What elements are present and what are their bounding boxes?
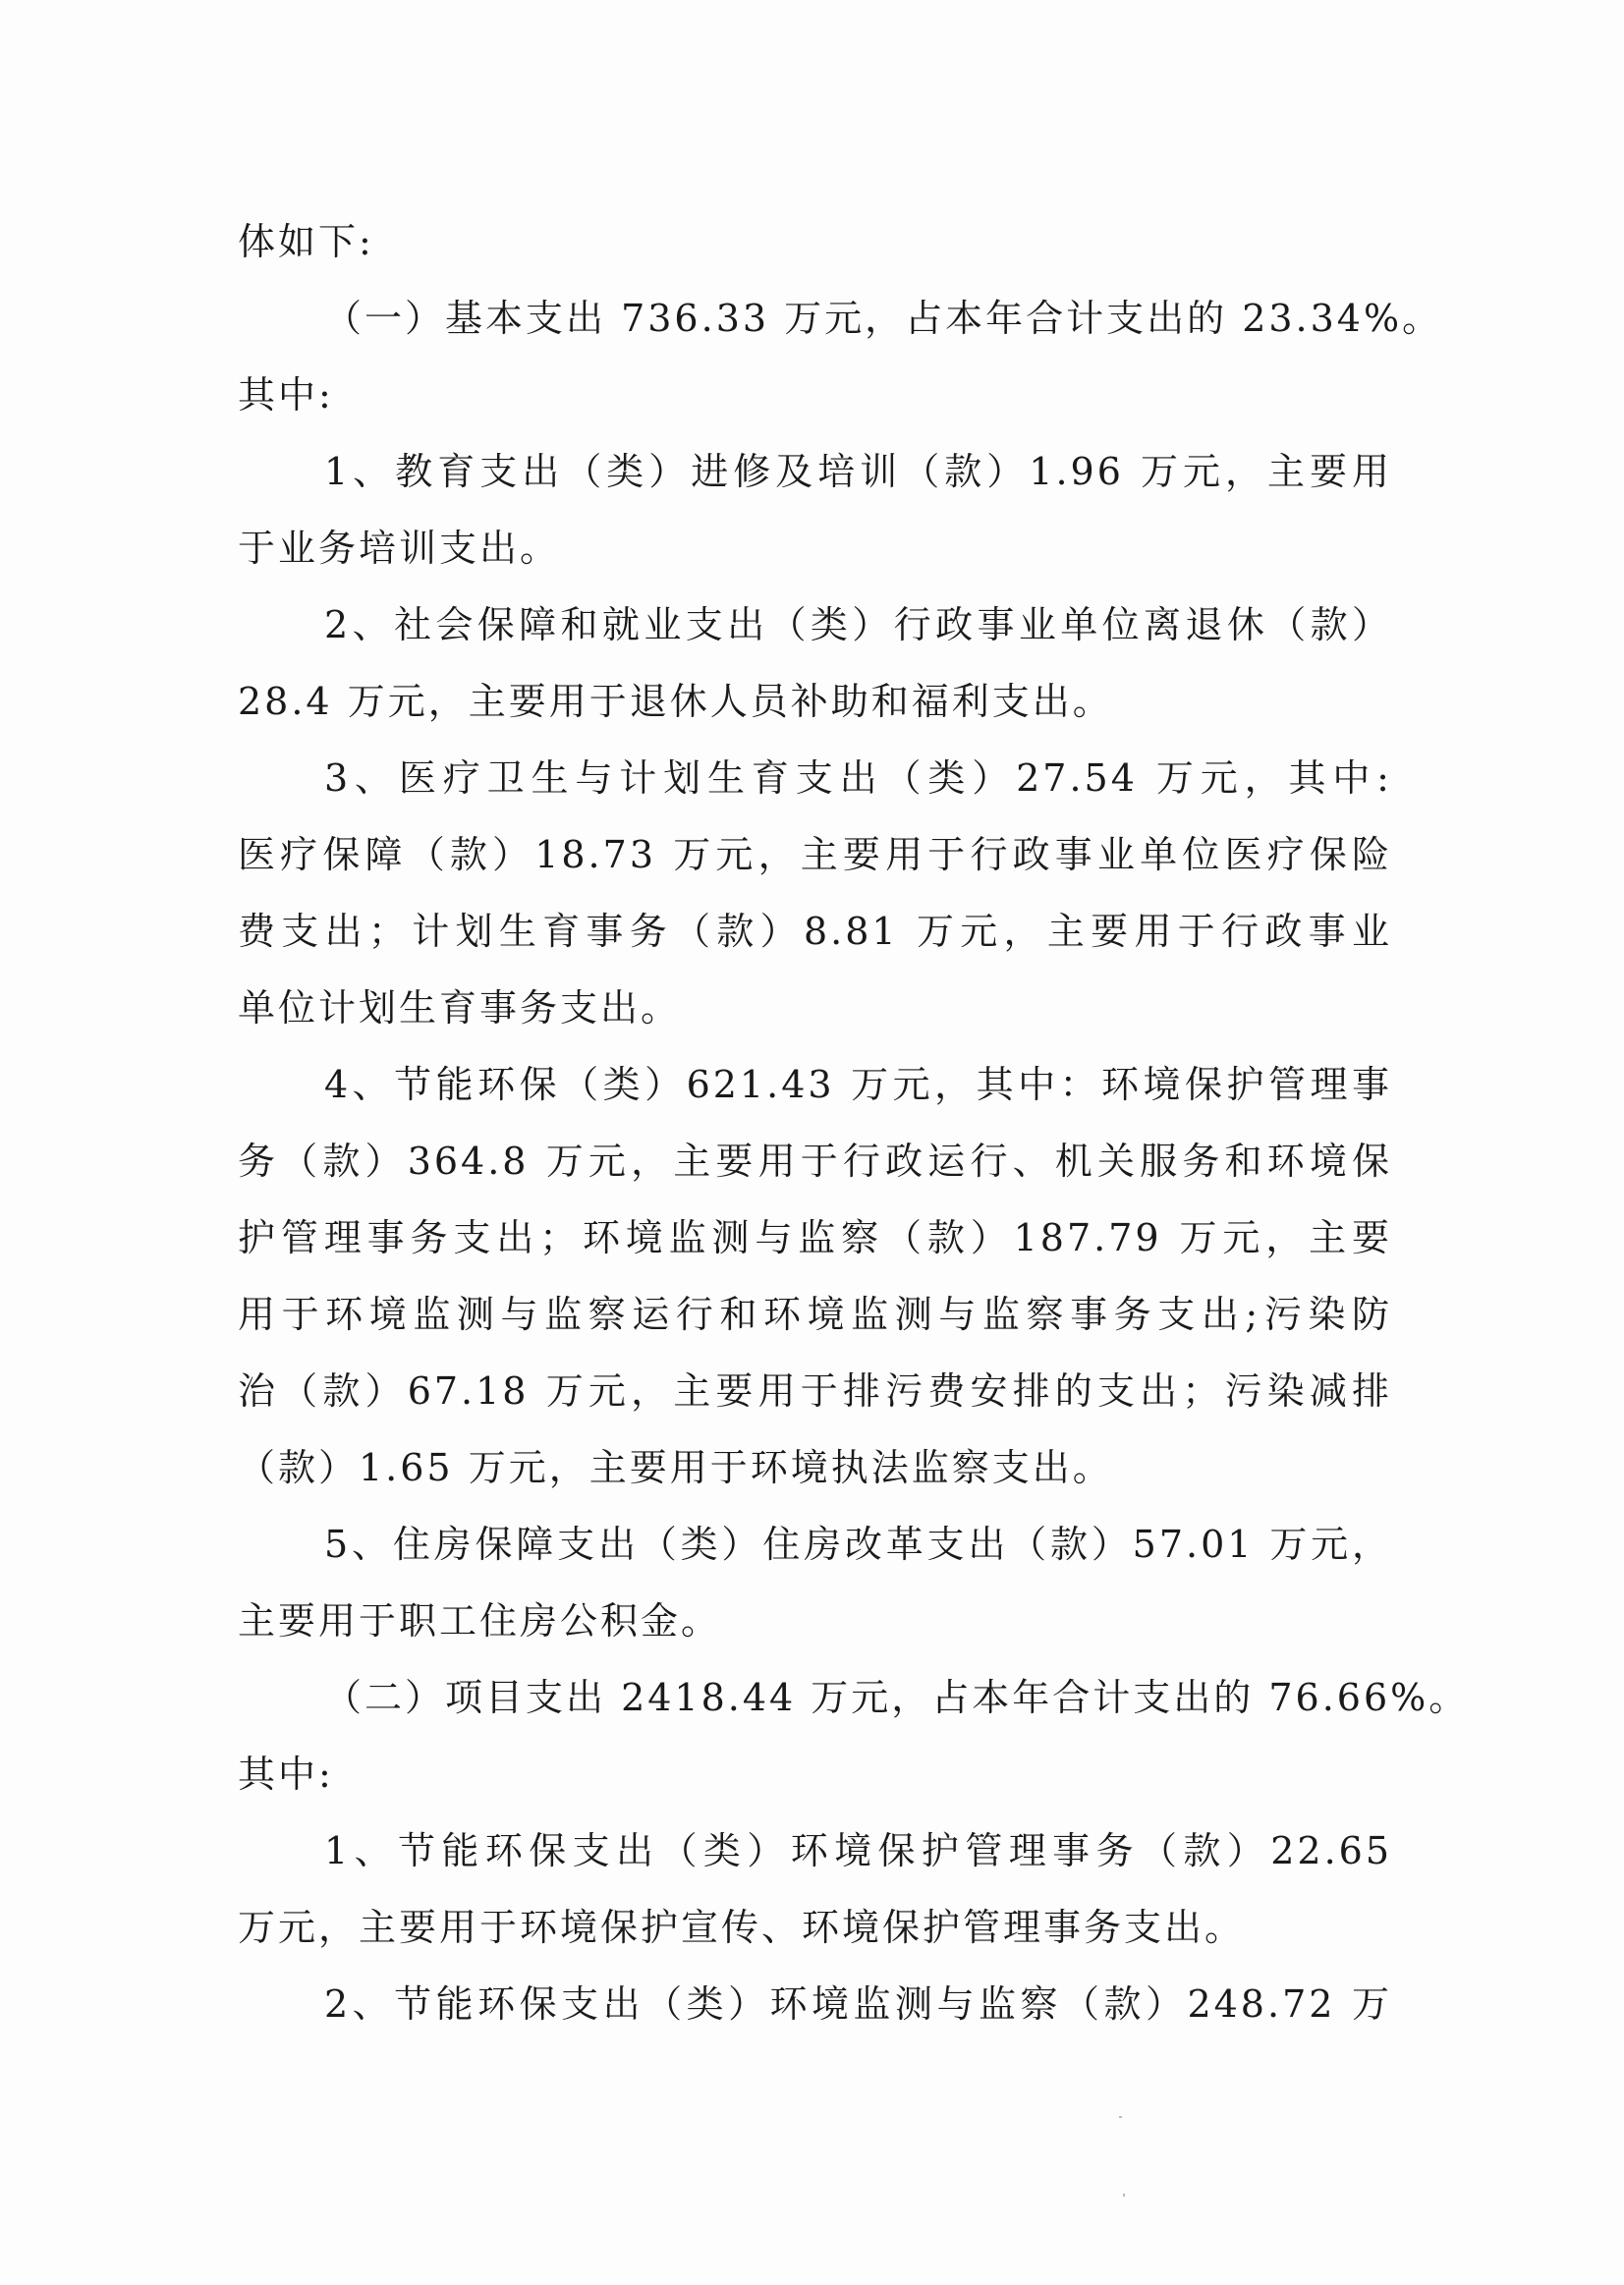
section-heading-basic-expenditure: （一）基本支出 736.33 万元，占本年合计支出的 23.34%。 bbox=[238, 291, 1392, 367]
text-line: 3、医疗卫生与计划生育支出（类）27.54 万元，其中: bbox=[238, 751, 1392, 827]
text-line: 体如下: bbox=[238, 214, 1392, 291]
text-line: （款）1.65 万元，主要用于环境执法监察支出。 bbox=[238, 1440, 1392, 1517]
text-line: 其中: bbox=[238, 1747, 1392, 1823]
paragraph-project-item-2: 2、节能环保支出（类）环境监测与监察（款）248.72 万 bbox=[238, 1977, 1392, 2053]
text-line: 万元，主要用于环境保护宣传、环境保护管理事务支出。 bbox=[238, 1900, 1392, 1977]
text-line: 护管理事务支出；环境监测与监察（款）187.79 万元，主要 bbox=[238, 1210, 1392, 1287]
paragraph-intro-tail: 体如下: bbox=[238, 214, 1392, 291]
paragraph-basic-item-4: 4、节能环保（类）621.43 万元，其中：环境保护管理事 务（款）364.8 … bbox=[238, 1057, 1392, 1517]
paragraph-basic-item-2: 2、社会保障和就业支出（类）行政事业单位离退休（款） 28.4 万元，主要用于退… bbox=[238, 597, 1392, 751]
paragraph-project-expenditure-heading: （二）项目支出 2418.44 万元，占本年合计支出的 76.66%。 其中: bbox=[238, 1670, 1392, 1823]
text-line: 用于环境监测与监察运行和环境监测与监察事务支出;污染防 bbox=[238, 1287, 1392, 1364]
paragraph-project-item-1: 1、节能环保支出（类）环境保护管理事务（款）22.65 万元，主要用于环境保护宣… bbox=[238, 1823, 1392, 1977]
paragraph-basic-item-1: 1、教育支出（类）进修及培训（款）1.96 万元，主要用 于业务培训支出。 bbox=[238, 444, 1392, 597]
text-line: 单位计划生育事务支出。 bbox=[238, 980, 1392, 1057]
document-body: 体如下: （一）基本支出 736.33 万元，占本年合计支出的 23.34%。 … bbox=[238, 214, 1392, 2053]
text-line: 2、节能环保支出（类）环境监测与监察（款）248.72 万 bbox=[238, 1977, 1392, 2053]
text-line: 1、节能环保支出（类）环境保护管理事务（款）22.65 bbox=[238, 1823, 1392, 1900]
text-line: 于业务培训支出。 bbox=[238, 521, 1392, 597]
text-line: 2、社会保障和就业支出（类）行政事业单位离退休（款） bbox=[238, 597, 1392, 674]
text-line: 治（款）67.18 万元，主要用于排污费安排的支出；污染减排 bbox=[238, 1364, 1392, 1440]
scan-artifact bbox=[1119, 2116, 1122, 2118]
paragraph-basic-item-3: 3、医疗卫生与计划生育支出（类）27.54 万元，其中: 医疗保障（款）18.7… bbox=[238, 751, 1392, 1057]
text-line: 其中: bbox=[238, 367, 1392, 444]
text-line: 主要用于职工住房公积金。 bbox=[238, 1593, 1392, 1670]
text-line: 费支出；计划生育事务（款）8.81 万元，主要用于行政事业 bbox=[238, 904, 1392, 980]
scan-artifact bbox=[1123, 2194, 1125, 2197]
text-line: 5、住房保障支出（类）住房改革支出（款）57.01 万元， bbox=[238, 1517, 1392, 1593]
text-line: 4、节能环保（类）621.43 万元，其中：环境保护管理事 bbox=[238, 1057, 1392, 1134]
paragraph-basic-expenditure-heading: （一）基本支出 736.33 万元，占本年合计支出的 23.34%。 其中: bbox=[238, 291, 1392, 444]
paragraph-basic-item-5: 5、住房保障支出（类）住房改革支出（款）57.01 万元， 主要用于职工住房公积… bbox=[238, 1517, 1392, 1670]
text-line: 1、教育支出（类）进修及培训（款）1.96 万元，主要用 bbox=[238, 444, 1392, 521]
text-line: 28.4 万元，主要用于退休人员补助和福利支出。 bbox=[238, 674, 1392, 751]
text-line: 医疗保障（款）18.73 万元，主要用于行政事业单位医疗保险 bbox=[238, 827, 1392, 904]
document-page: 体如下: （一）基本支出 736.33 万元，占本年合计支出的 23.34%。 … bbox=[0, 0, 1624, 2285]
text-line: 务（款）364.8 万元，主要用于行政运行、机关服务和环境保 bbox=[238, 1134, 1392, 1210]
section-heading-project-expenditure: （二）项目支出 2418.44 万元，占本年合计支出的 76.66%。 bbox=[238, 1670, 1392, 1747]
